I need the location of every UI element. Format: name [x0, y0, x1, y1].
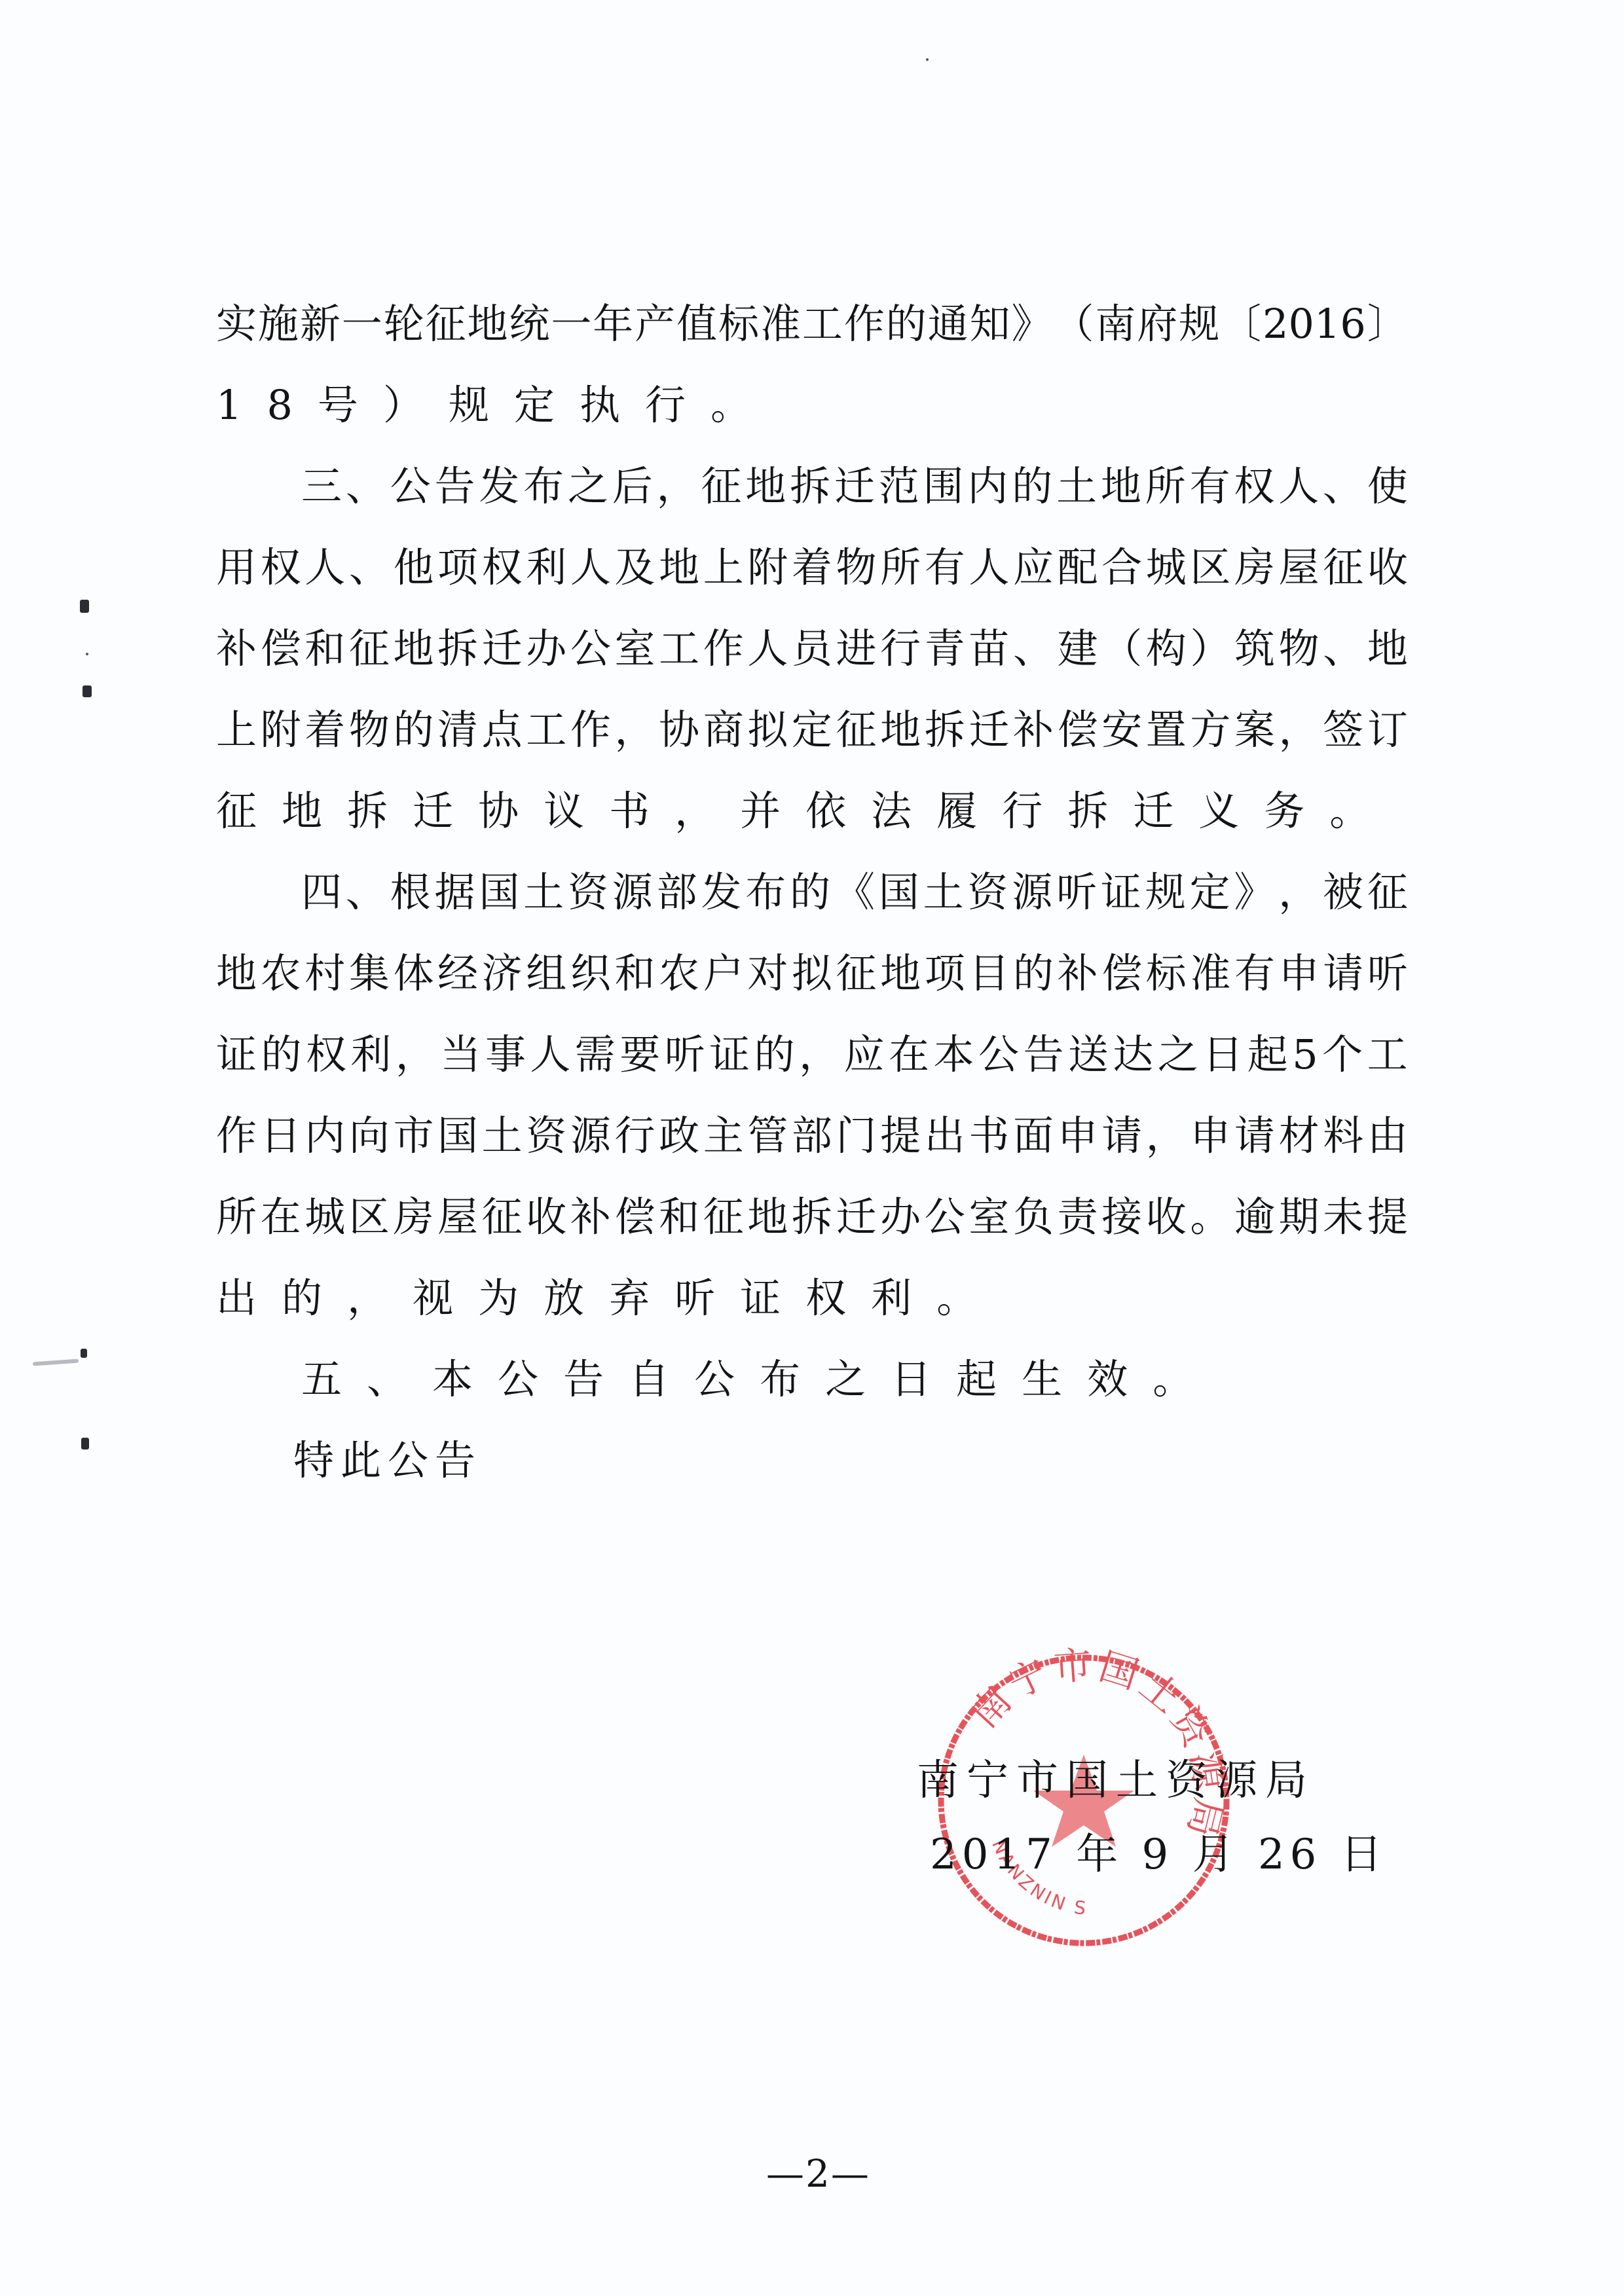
body-text-line: 所在城区房屋征收补偿和征地拆迁办公室负责接收。逾期未提	[216, 1188, 1408, 1247]
closing-phrase: 特此公告	[293, 1431, 482, 1490]
body-text-line: 征地拆迁协议书，并依法履行拆迁义务。	[216, 782, 1408, 841]
body-text-line: 五、本公告自公布之日起生效。	[301, 1350, 1408, 1409]
body-text-line: 出的，视为放弃听证权利。	[216, 1269, 1408, 1328]
body-text-line: 地农村集体经济组织和农户对拟征地项目的补偿标准有申请听	[216, 944, 1408, 1003]
body-text-line: 上附着物的清点工作，协商拟定征地拆迁补偿安置方案，签订	[216, 701, 1408, 759]
scan-speck	[926, 58, 929, 61]
page-number: —2—	[766, 2147, 870, 2200]
scan-speck	[86, 653, 88, 655]
body-text-line: 证的权利，当事人需要听证的，应在本公告送达之日起5个工	[216, 1025, 1408, 1084]
body-text-line: 作日内向市国土资源行政主管部门提出书面申请，申请材料由	[216, 1106, 1408, 1165]
binding-mark	[81, 1438, 89, 1449]
binding-mark	[81, 1349, 87, 1358]
body-text-line: 四、根据国土资源部发布的《国土资源听证规定》，被征	[301, 863, 1408, 922]
body-text-line: 18号）规定执行。	[216, 376, 1408, 435]
signing-date: 2017 年 9 月 26 日	[930, 1825, 1388, 1884]
binding-mark	[80, 600, 89, 613]
binding-mark	[83, 685, 92, 697]
body-text-line: 用权人、他项权利人及地上附着物所有人应配合城区房屋征收	[216, 538, 1408, 597]
scan-smudge	[33, 1359, 79, 1366]
document-page: 实施新一轮征地统一年产值标准工作的通知》（南府规〔2016〕18号）规定执行。三…	[0, 0, 1624, 2296]
body-text-line: 三、公告发布之后，征地拆迁范围内的土地所有权人、使	[301, 457, 1408, 516]
signing-organization: 南宁市国土资源局	[917, 1751, 1315, 1810]
body-text-line: 补偿和征地拆迁办公室工作人员进行青苗、建（构）筑物、地	[216, 619, 1408, 678]
body-text-line: 实施新一轮征地统一年产值标准工作的通知》（南府规〔2016〕	[216, 295, 1408, 354]
